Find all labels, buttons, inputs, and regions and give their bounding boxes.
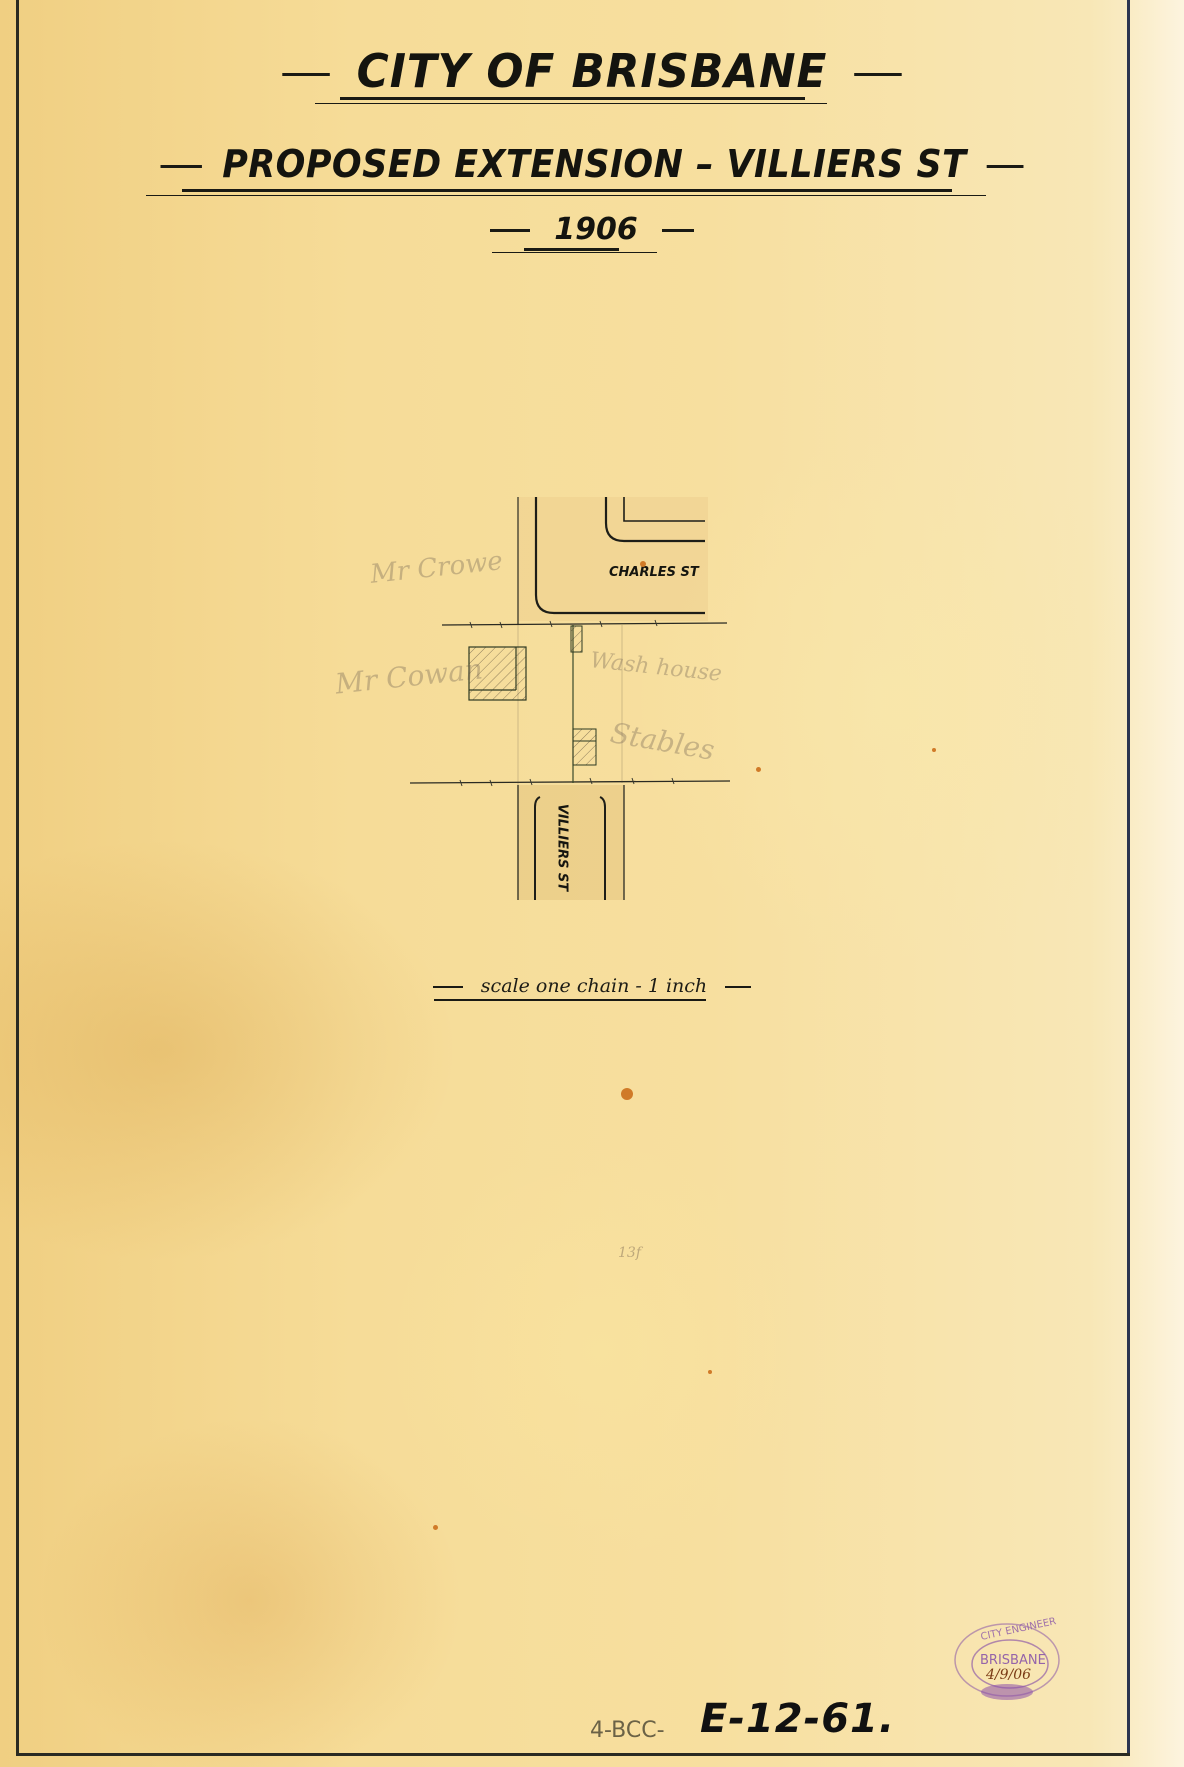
title-text: CITY OF BRISBANE bbox=[357, 44, 828, 98]
stain-spot bbox=[621, 1088, 633, 1100]
street-label-villiers: VILLIERS ST bbox=[555, 798, 570, 898]
stain-spot bbox=[756, 767, 761, 772]
subtitle-dash-right bbox=[987, 165, 1024, 168]
frame-border-bottom bbox=[16, 1753, 1130, 1756]
stain-spot bbox=[708, 1370, 712, 1374]
scale-note-text: scale one chain - 1 inch bbox=[481, 975, 707, 997]
year-dash-right bbox=[662, 229, 694, 232]
year-dash-left bbox=[490, 229, 530, 232]
frame-border-left bbox=[16, 0, 19, 1756]
pencil-page-number: 13f bbox=[618, 1245, 641, 1261]
subtitle-underline-thin bbox=[146, 195, 986, 196]
year-underline bbox=[524, 248, 619, 251]
scale-dash-left bbox=[433, 986, 463, 988]
stain-spot bbox=[640, 561, 646, 567]
subtitle-underline bbox=[182, 189, 952, 192]
paper-margin-right bbox=[1130, 0, 1184, 1767]
document-subtitle: PROPOSED EXTENSION – VILLIERS ST bbox=[47, 142, 1136, 186]
street-label-charles: CHARLES ST bbox=[609, 565, 699, 580]
stain-spot bbox=[433, 1525, 438, 1530]
stamp-center-text: BRISBANE bbox=[980, 1653, 1046, 1668]
title-dash-right bbox=[854, 73, 902, 76]
reference-prefix: 4-BCC- bbox=[590, 1718, 665, 1743]
scale-underline bbox=[434, 999, 706, 1001]
city-engineer-stamp: CITY ENGINEER BRISBANE 4/9/06 bbox=[952, 1620, 1062, 1702]
scale-dash-right bbox=[725, 986, 751, 988]
subtitle-dash-left bbox=[161, 165, 202, 168]
document-title: CITY OF BRISBANE bbox=[30, 44, 1155, 98]
title-underline-thin bbox=[315, 103, 827, 104]
reference-number: E-12-61. bbox=[700, 1696, 895, 1742]
stamp-date: 4/9/06 bbox=[986, 1667, 1031, 1683]
title-underline bbox=[340, 97, 805, 100]
document-year: 1906 bbox=[0, 212, 1184, 247]
title-dash-left bbox=[283, 73, 331, 76]
scale-note: scale one chain - 1 inch bbox=[0, 975, 1184, 997]
year-text: 1906 bbox=[554, 212, 638, 247]
subtitle-text: PROPOSED EXTENSION – VILLIERS ST bbox=[222, 142, 966, 186]
year-underline-thin bbox=[492, 252, 657, 253]
stain-spot bbox=[932, 748, 936, 752]
site-plan-map: CHARLES ST VILLIERS ST Mr Crowe Mr Cowan… bbox=[400, 495, 750, 905]
frame-border-right bbox=[1127, 0, 1130, 1756]
